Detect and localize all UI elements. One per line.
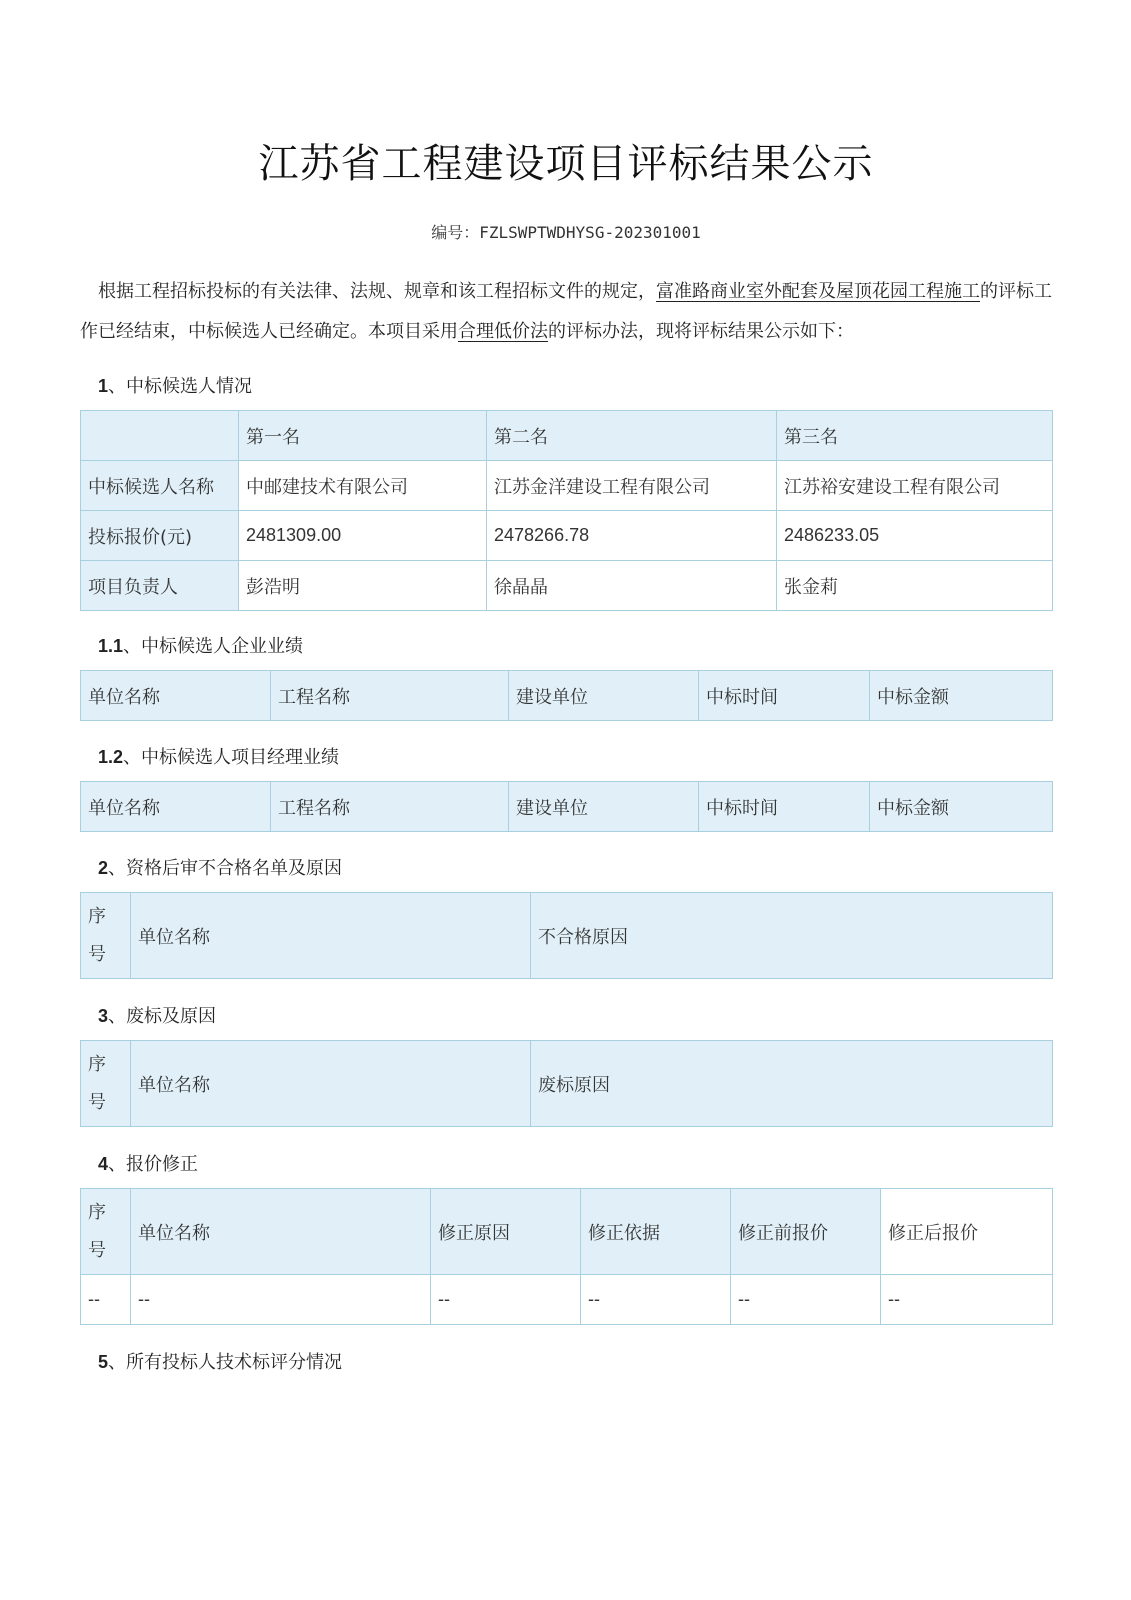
table-header-row: 序号 单位名称 废标原因 [81,1041,1053,1127]
header-cell: 修正依据 [581,1189,731,1275]
header-cell: 工程名称 [271,782,509,832]
header-cell: 修正后报价 [881,1189,1053,1275]
section-title: 、报价修正 [108,1154,198,1175]
table-cell: 徐晶晶 [487,561,777,611]
candidates-table: 第一名 第二名 第三名 中标候选人名称 中邮建技术有限公司 江苏金洋建设工程有限… [80,410,1053,611]
header-cell: 序号 [81,1189,131,1275]
document-number-value: FZLSWPTWDHYSG-202301001 [479,223,701,242]
table-cell: 张金莉 [777,561,1053,611]
header-cell: 中标时间 [699,782,870,832]
header-cell: 第三名 [777,411,1053,461]
header-text: 序号 [88,898,106,974]
header-cell: 单位名称 [131,1189,431,1275]
section-2-heading: 2、资格后审不合格名单及原因 [98,854,342,880]
header-cell: 单位名称 [131,1041,531,1127]
section-number: 1.1 [98,636,123,656]
table-cell: 2486233.05 [777,511,1053,561]
section-number: 5 [98,1352,108,1372]
project-name: 富准路商业室外配套及屋顶花园工程施工 [656,281,980,302]
table-cell: -- [81,1275,131,1325]
table-cell: -- [581,1275,731,1325]
header-cell: 第二名 [487,411,777,461]
document-title: 江苏省工程建设项目评标结果公示 [80,132,1052,189]
header-cell: 第一名 [239,411,487,461]
section-title: 、废标及原因 [108,1006,216,1027]
section-number: 4 [98,1154,108,1174]
table-cell: 2478266.78 [487,511,777,561]
table-header-row: 第一名 第二名 第三名 [81,411,1053,461]
table-cell: 彭浩明 [239,561,487,611]
header-cell: 中标金额 [870,671,1053,721]
section-1-heading: 1、中标候选人情况 [98,372,252,398]
header-cell: 修正前报价 [731,1189,881,1275]
row-label: 项目负责人 [81,561,239,611]
intro-text-1: 根据工程招标投标的有关法律、法规、规章和该工程招标文件的规定， [98,281,656,302]
section-title: 、中标候选人情况 [108,376,252,397]
header-cell [81,411,239,461]
table-header-row: 序号 单位名称 修正原因 修正依据 修正前报价 修正后报价 [81,1189,1053,1275]
row-label: 中标候选人名称 [81,461,239,511]
section-title: 、所有投标人技术标评分情况 [108,1352,342,1373]
header-cell: 序号 [81,1041,131,1127]
table-header-row: 单位名称 工程名称 建设单位 中标时间 中标金额 [81,782,1053,832]
header-cell: 单位名称 [81,671,271,721]
document-number-label: 编号： [431,223,479,242]
table-cell: 江苏金洋建设工程有限公司 [487,461,777,511]
document-number: 编号：FZLSWPTWDHYSG-202301001 [80,220,1052,243]
header-cell: 中标时间 [699,671,870,721]
evaluation-method: 合理低价法 [458,321,548,342]
table-header-row: 单位名称 工程名称 建设单位 中标时间 中标金额 [81,671,1053,721]
header-cell: 单位名称 [81,782,271,832]
table-cell: 中邮建技术有限公司 [239,461,487,511]
header-cell: 修正原因 [431,1189,581,1275]
enterprise-performance-table: 单位名称 工程名称 建设单位 中标时间 中标金额 [80,670,1053,721]
section-title: 、中标候选人企业业绩 [123,636,303,657]
section-1-2-heading: 1.2、中标候选人项目经理业绩 [98,743,339,769]
table-row: 项目负责人 彭浩明 徐晶晶 张金莉 [81,561,1053,611]
section-3-heading: 3、废标及原因 [98,1002,216,1028]
table-cell: -- [881,1275,1053,1325]
header-cell: 不合格原因 [531,893,1053,979]
price-correction-table: 序号 单位名称 修正原因 修正依据 修正前报价 修正后报价 -- -- -- -… [80,1188,1053,1325]
invalid-bids-table: 序号 单位名称 废标原因 [80,1040,1053,1127]
header-cell: 单位名称 [131,893,531,979]
table-row: 中标候选人名称 中邮建技术有限公司 江苏金洋建设工程有限公司 江苏裕安建设工程有… [81,461,1053,511]
table-cell: -- [131,1275,431,1325]
table-row: 投标报价(元) 2481309.00 2478266.78 2486233.05 [81,511,1053,561]
header-cell: 工程名称 [271,671,509,721]
header-cell: 废标原因 [531,1041,1053,1127]
header-cell: 中标金额 [870,782,1053,832]
row-label: 投标报价(元) [81,511,239,561]
section-5-heading: 5、所有投标人技术标评分情况 [98,1348,342,1374]
disqualified-table: 序号 单位名称 不合格原因 [80,892,1053,979]
intro-text-3: 的评标办法，现将评标结果公示如下： [548,321,854,342]
section-4-heading: 4、报价修正 [98,1150,198,1176]
table-cell: 2481309.00 [239,511,487,561]
section-number: 2 [98,858,108,878]
manager-performance-table: 单位名称 工程名称 建设单位 中标时间 中标金额 [80,781,1053,832]
table-row: -- -- -- -- -- -- [81,1275,1053,1325]
section-title: 、中标候选人项目经理业绩 [123,747,339,768]
section-1-1-heading: 1.1、中标候选人企业业绩 [98,632,303,658]
header-cell: 序号 [81,893,131,979]
section-number: 3 [98,1006,108,1026]
section-title: 、资格后审不合格名单及原因 [108,858,342,879]
intro-paragraph: 根据工程招标投标的有关法律、法规、规章和该工程招标文件的规定，富准路商业室外配套… [80,272,1052,352]
section-number: 1 [98,376,108,396]
table-cell: 江苏裕安建设工程有限公司 [777,461,1053,511]
table-cell: -- [431,1275,581,1325]
table-header-row: 序号 单位名称 不合格原因 [81,893,1053,979]
table-cell: -- [731,1275,881,1325]
header-cell: 建设单位 [509,671,699,721]
header-cell: 建设单位 [509,782,699,832]
header-text: 序号 [88,1194,106,1270]
section-number: 1.2 [98,747,123,767]
header-text: 序号 [88,1046,106,1122]
